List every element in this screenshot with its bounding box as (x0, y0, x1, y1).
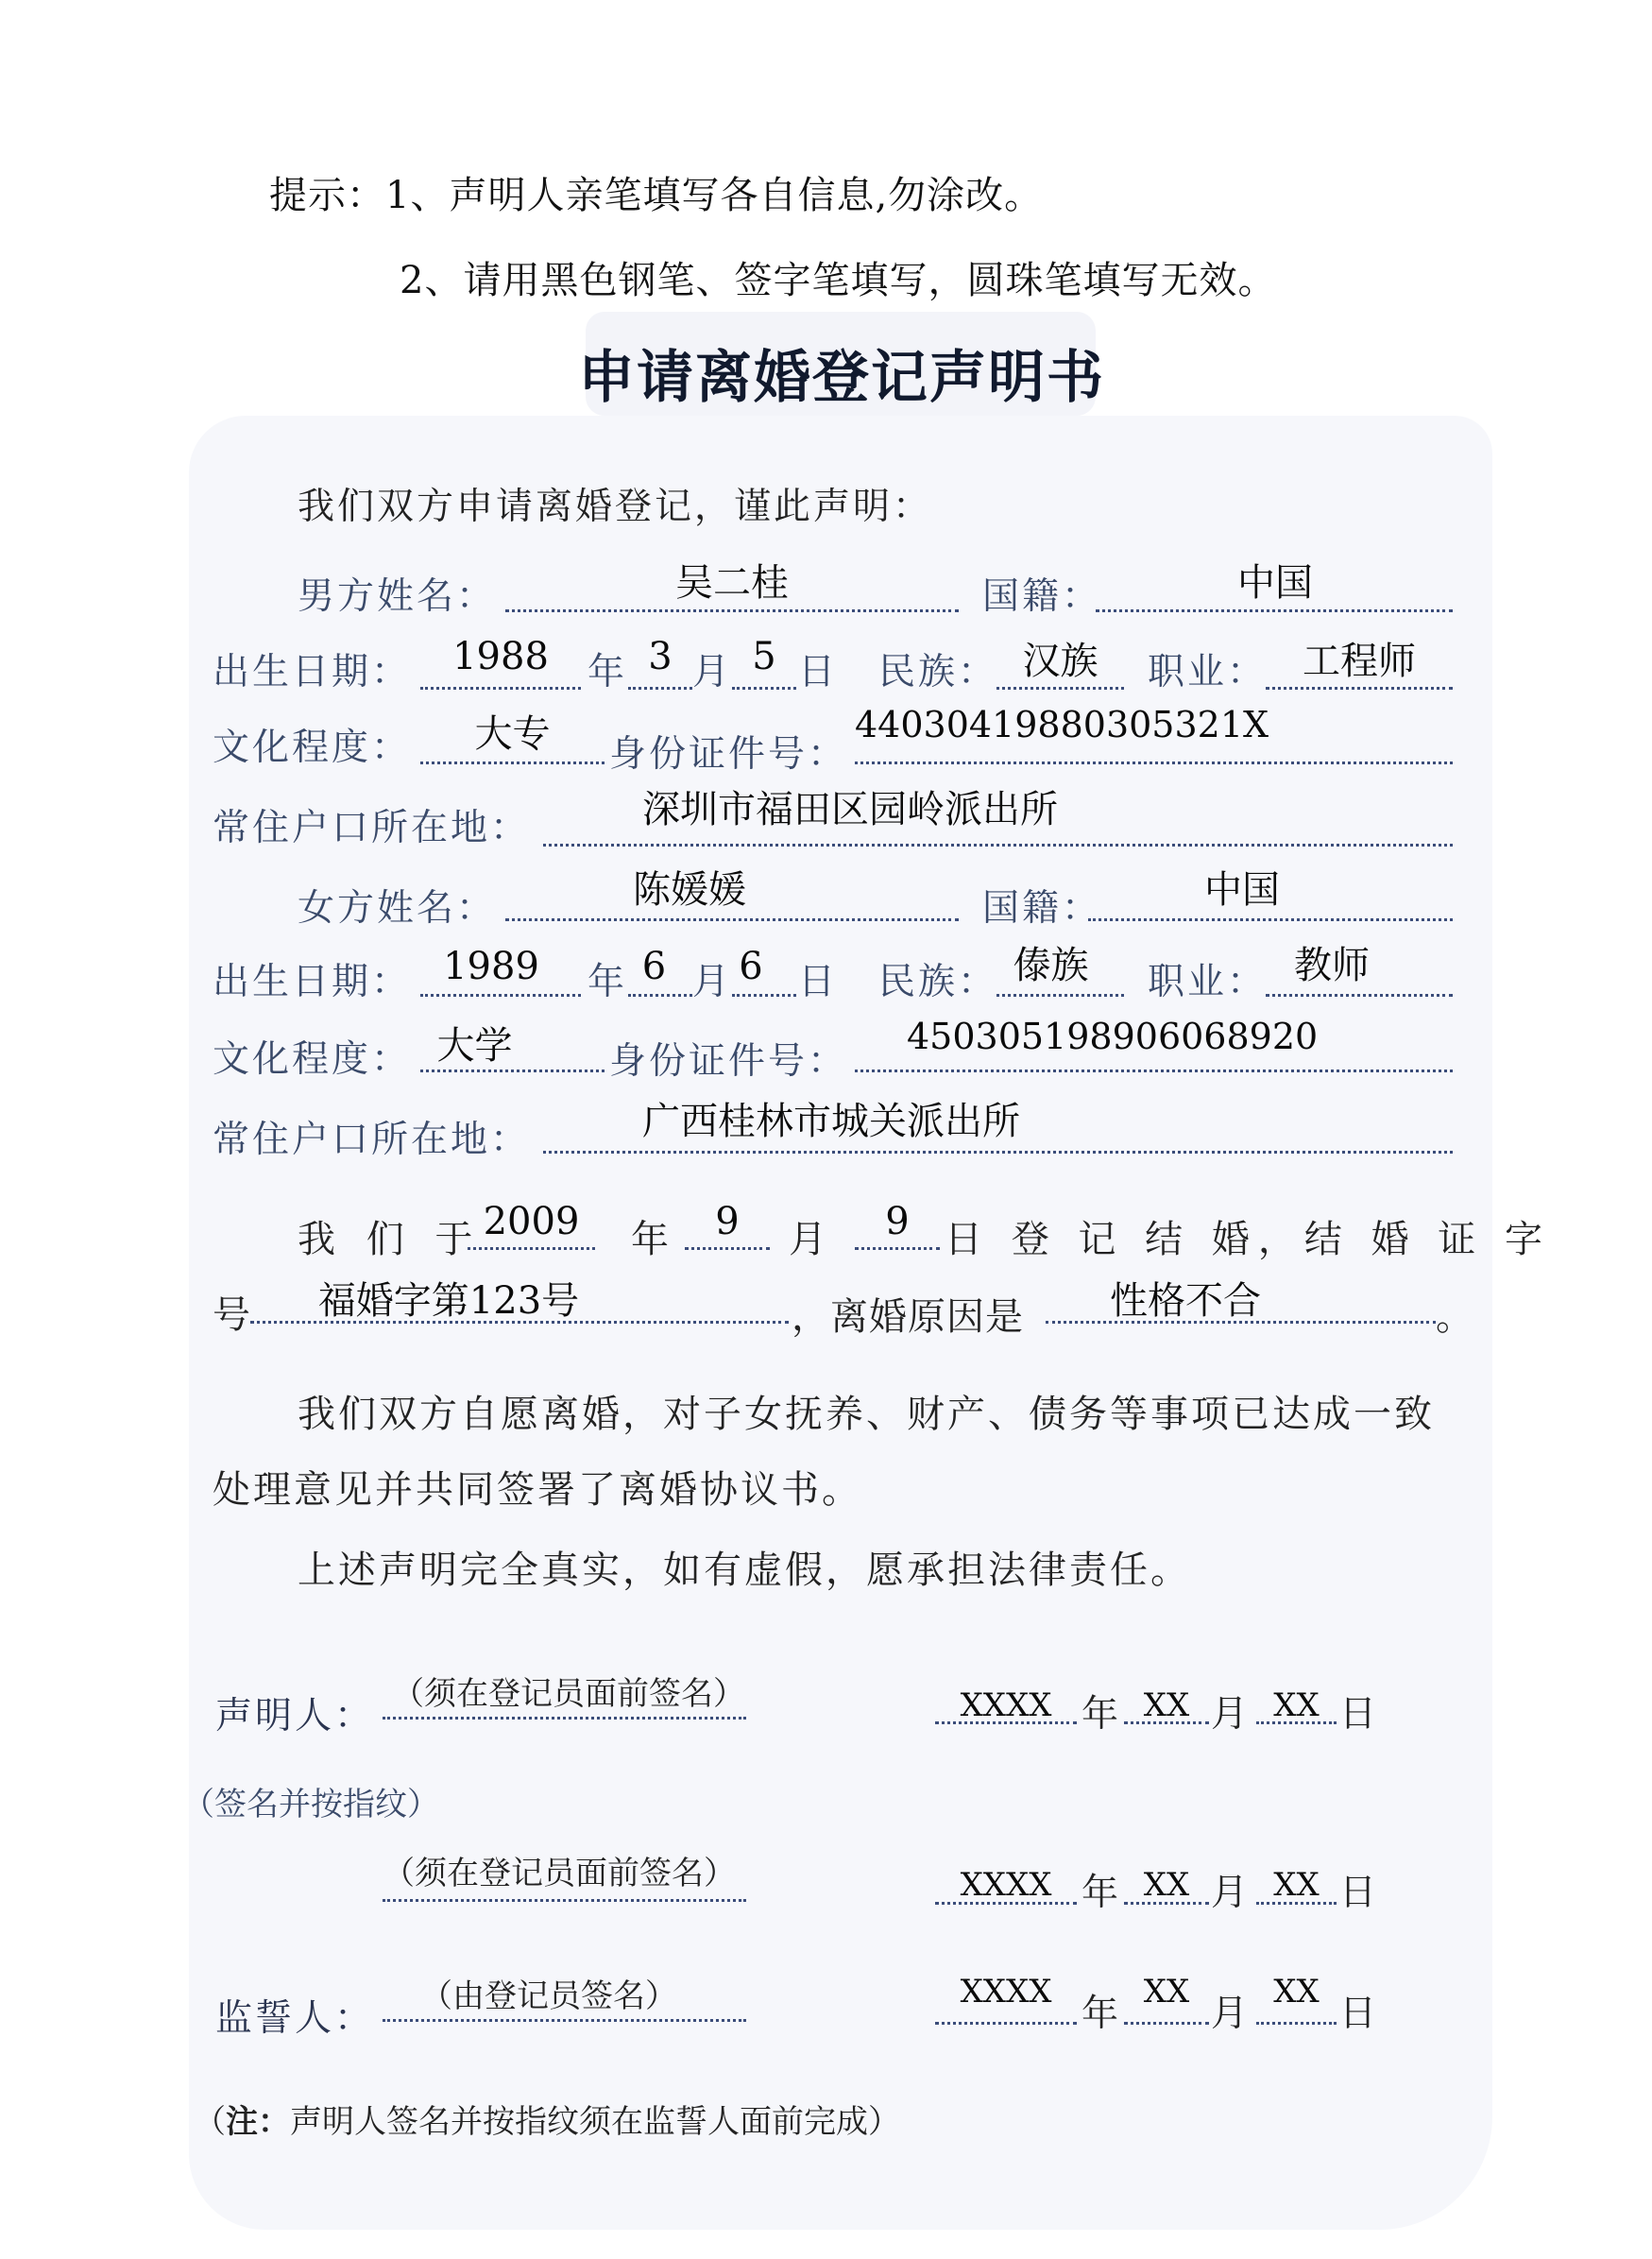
cert-number[interactable]: 福婚字第123号 (250, 1271, 647, 1325)
female-birth-month[interactable]: 6 (628, 945, 680, 988)
intro-text: 我们双方申请离婚登记，谨此声明： (298, 477, 932, 530)
truth-statement: 上述声明完全真实，如有虚假，愿承担法律责任。 (298, 1540, 1191, 1594)
declarant-date-month-underline (1124, 1721, 1209, 1724)
male-education-value[interactable]: 大专 (420, 704, 605, 758)
male-occupation-value[interactable]: 工程师 (1266, 631, 1453, 685)
cert-prefix: 号 (213, 1285, 252, 1339)
male-nationality-label: 国籍： (982, 567, 1101, 620)
female-name-value[interactable]: 陈媛媛 (505, 860, 874, 914)
supervisor-month-label: 月 (1211, 1984, 1251, 2037)
male-residence-underline (543, 844, 1453, 847)
male-name-underline (505, 609, 959, 612)
declarant-date-day-underline (1256, 1721, 1337, 1724)
male-birth-year-underline (420, 687, 581, 690)
agreement-paragraph-line-1: 我们双方自愿离婚，对子女抚养、财产、债务等事项已达成一致 (298, 1384, 1435, 1438)
second-date-year-underline (935, 1902, 1077, 1905)
male-birth-label: 出生日期： (213, 642, 411, 695)
female-birth-month-underline (628, 994, 692, 997)
male-ethnicity-value[interactable]: 汉族 (996, 631, 1124, 685)
female-residence-label: 常住户口所在地： (213, 1110, 530, 1163)
female-month-label: 月 (692, 952, 732, 1005)
footer-note: （注：声明人签名并按指纹须在监誓人面前完成） (194, 2096, 900, 2142)
female-id-underline (855, 1070, 1453, 1072)
female-occupation-value[interactable]: 教师 (1266, 935, 1398, 989)
supervisor-date-year-underline (935, 2022, 1077, 2025)
declarant-date-year-underline (935, 1721, 1077, 1724)
note-bold-label: 注： (226, 2103, 290, 2141)
female-id-value[interactable]: 450305198906068920 (907, 1016, 1318, 1057)
male-year-label: 年 (588, 642, 627, 695)
hint-item-1: 1、声明人亲笔填写各自信息,勿涂改。 (385, 174, 1043, 217)
second-year-label: 年 (1081, 1863, 1121, 1916)
female-education-label: 文化程度： (213, 1030, 411, 1083)
male-name-label: 男方姓名： (298, 567, 496, 620)
declarant-date-month[interactable]: XX (1124, 1686, 1209, 1724)
note-open-paren: （ (194, 2103, 226, 2141)
male-name-value[interactable]: 吴二桂 (505, 553, 959, 607)
hint-line-1: 提示：1、声明人亲笔填写各自信息,勿涂改。 (269, 165, 1043, 219)
female-ethnicity-underline (996, 994, 1124, 997)
female-birth-day-underline (732, 994, 796, 997)
second-declarant-sign-hint: （须在登记员面前签名） (383, 1847, 736, 1893)
female-nationality-value[interactable]: 中国 (1086, 860, 1398, 914)
supervisor-sign-hint: （由登记员签名） (420, 1970, 677, 2016)
supervisor-date-year[interactable]: XXXX (935, 1973, 1077, 2011)
supervisor-date-month-underline (1124, 2022, 1209, 2025)
female-name-label: 女方姓名： (298, 879, 496, 932)
hint-item-2: 2、请用黑色钢笔、签字笔填写，圆珠笔填写无效。 (400, 250, 1276, 304)
female-name-underline (505, 918, 959, 921)
male-residence-label: 常住户口所在地： (213, 798, 530, 851)
second-declarant-signature-line[interactable] (383, 1899, 746, 1902)
second-date-year[interactable]: XXXX (935, 1866, 1077, 1904)
supervisor-label: 监誓人： (215, 1989, 374, 2042)
male-nationality-value[interactable]: 中国 (1096, 553, 1455, 607)
female-birth-year[interactable]: 1989 (420, 945, 562, 988)
female-residence-value[interactable]: 广西桂林市城关派出所 (642, 1091, 1020, 1145)
marriage-month-label: 月 (789, 1209, 828, 1263)
second-day-label: 日 (1339, 1863, 1379, 1916)
male-ethnicity-label: 民族： (878, 642, 997, 695)
reason-end: 。 (1436, 1287, 1475, 1341)
agreement-paragraph-line-2: 处理意见并共同签署了离婚协议书。 (213, 1460, 862, 1514)
second-date-day[interactable]: XX (1256, 1866, 1337, 1904)
female-year-label: 年 (588, 952, 627, 1005)
note-text: 声明人签名并按指纹须在监誓人面前完成 (290, 2103, 868, 2141)
supervisor-year-label: 年 (1081, 1984, 1121, 2037)
male-education-underline (420, 762, 605, 764)
declarant-sign-hint: （须在登记员面前签名） (392, 1668, 745, 1714)
male-id-underline (855, 762, 1453, 764)
declarant-year-label: 年 (1081, 1685, 1121, 1737)
male-birth-day[interactable]: 5 (732, 635, 796, 678)
female-education-value[interactable]: 大学 (420, 1016, 529, 1070)
male-ethnicity-underline (996, 687, 1124, 690)
male-occupation-underline (1266, 687, 1453, 690)
divorce-reason-underline (1046, 1321, 1436, 1324)
female-ethnicity-label: 民族： (878, 952, 997, 1005)
supervisor-date-day-underline (1256, 2022, 1337, 2025)
divorce-reason-label: ，离婚原因是 (792, 1287, 1024, 1341)
declarant-day-label: 日 (1339, 1685, 1379, 1737)
divorce-reason[interactable]: 性格不合 (1044, 1271, 1327, 1325)
female-nationality-label: 国籍： (982, 879, 1101, 932)
declarant-label: 声明人： (215, 1686, 374, 1739)
female-residence-underline (543, 1151, 1453, 1154)
male-day-label: 日 (798, 642, 838, 695)
second-date-day-underline (1256, 1902, 1337, 1905)
female-ethnicity-value[interactable]: 傣族 (996, 935, 1105, 989)
male-birth-month-underline (628, 687, 692, 690)
second-date-month-underline (1124, 1902, 1209, 1905)
male-occupation-label: 职业： (1148, 642, 1267, 695)
marriage-year-underline (468, 1247, 595, 1250)
female-birth-label: 出生日期： (213, 952, 411, 1005)
male-birth-month[interactable]: 3 (628, 635, 692, 678)
female-education-underline (420, 1070, 605, 1072)
male-month-label: 月 (692, 642, 732, 695)
declarant-date-day[interactable]: XX (1256, 1686, 1337, 1724)
declarant-signature-line[interactable] (383, 1717, 746, 1720)
marriage-day-underline (855, 1247, 940, 1250)
fingerprint-label: （签名并按指纹） (182, 1778, 439, 1824)
cert-number-underline (250, 1321, 789, 1324)
female-occupation-underline (1266, 994, 1453, 997)
marriage-month-underline (685, 1247, 770, 1250)
male-nationality-underline (1096, 609, 1453, 612)
supervisor-date-month[interactable]: XX (1124, 1973, 1209, 2011)
male-residence-value[interactable]: 深圳市福田区园岭派出所 (642, 779, 1058, 833)
supervisor-day-label: 日 (1339, 1984, 1379, 2037)
female-birth-year-underline (420, 994, 581, 997)
marriage-year[interactable]: 2009 (468, 1200, 595, 1243)
male-id-value[interactable]: 44030419880305321X (855, 704, 1299, 745)
female-id-label: 身份证件号： (609, 1032, 847, 1085)
second-month-label: 月 (1211, 1863, 1251, 1916)
male-birth-year[interactable]: 1988 (420, 635, 581, 678)
second-date-month[interactable]: XX (1124, 1866, 1209, 1904)
marriage-prefix: 我 们 于 (298, 1209, 482, 1263)
male-id-label: 身份证件号： (609, 725, 847, 778)
male-education-label: 文化程度： (213, 718, 411, 771)
declarant-month-label: 月 (1211, 1685, 1251, 1737)
female-birth-day[interactable]: 6 (727, 945, 775, 988)
hint-prefix: 提示： (269, 174, 385, 217)
page-title: 申请离婚登记声明书 (578, 333, 1105, 414)
female-day-label: 日 (798, 952, 838, 1005)
marriage-day[interactable]: 9 (855, 1200, 940, 1243)
note-close-paren: ） (868, 2103, 900, 2141)
female-nationality-underline (1088, 918, 1453, 921)
supervisor-date-day[interactable]: XX (1256, 1973, 1337, 2011)
male-birth-day-underline (732, 687, 796, 690)
supervisor-signature-line[interactable] (383, 2019, 746, 2022)
marriage-year-label: 年 (631, 1209, 671, 1263)
marriage-suffix: 日 登 记 结 婚，结 婚 证 字 (945, 1209, 1551, 1263)
marriage-month[interactable]: 9 (685, 1200, 770, 1243)
declarant-date-year[interactable]: XXXX (935, 1686, 1077, 1724)
female-occupation-label: 职业： (1148, 952, 1267, 1005)
